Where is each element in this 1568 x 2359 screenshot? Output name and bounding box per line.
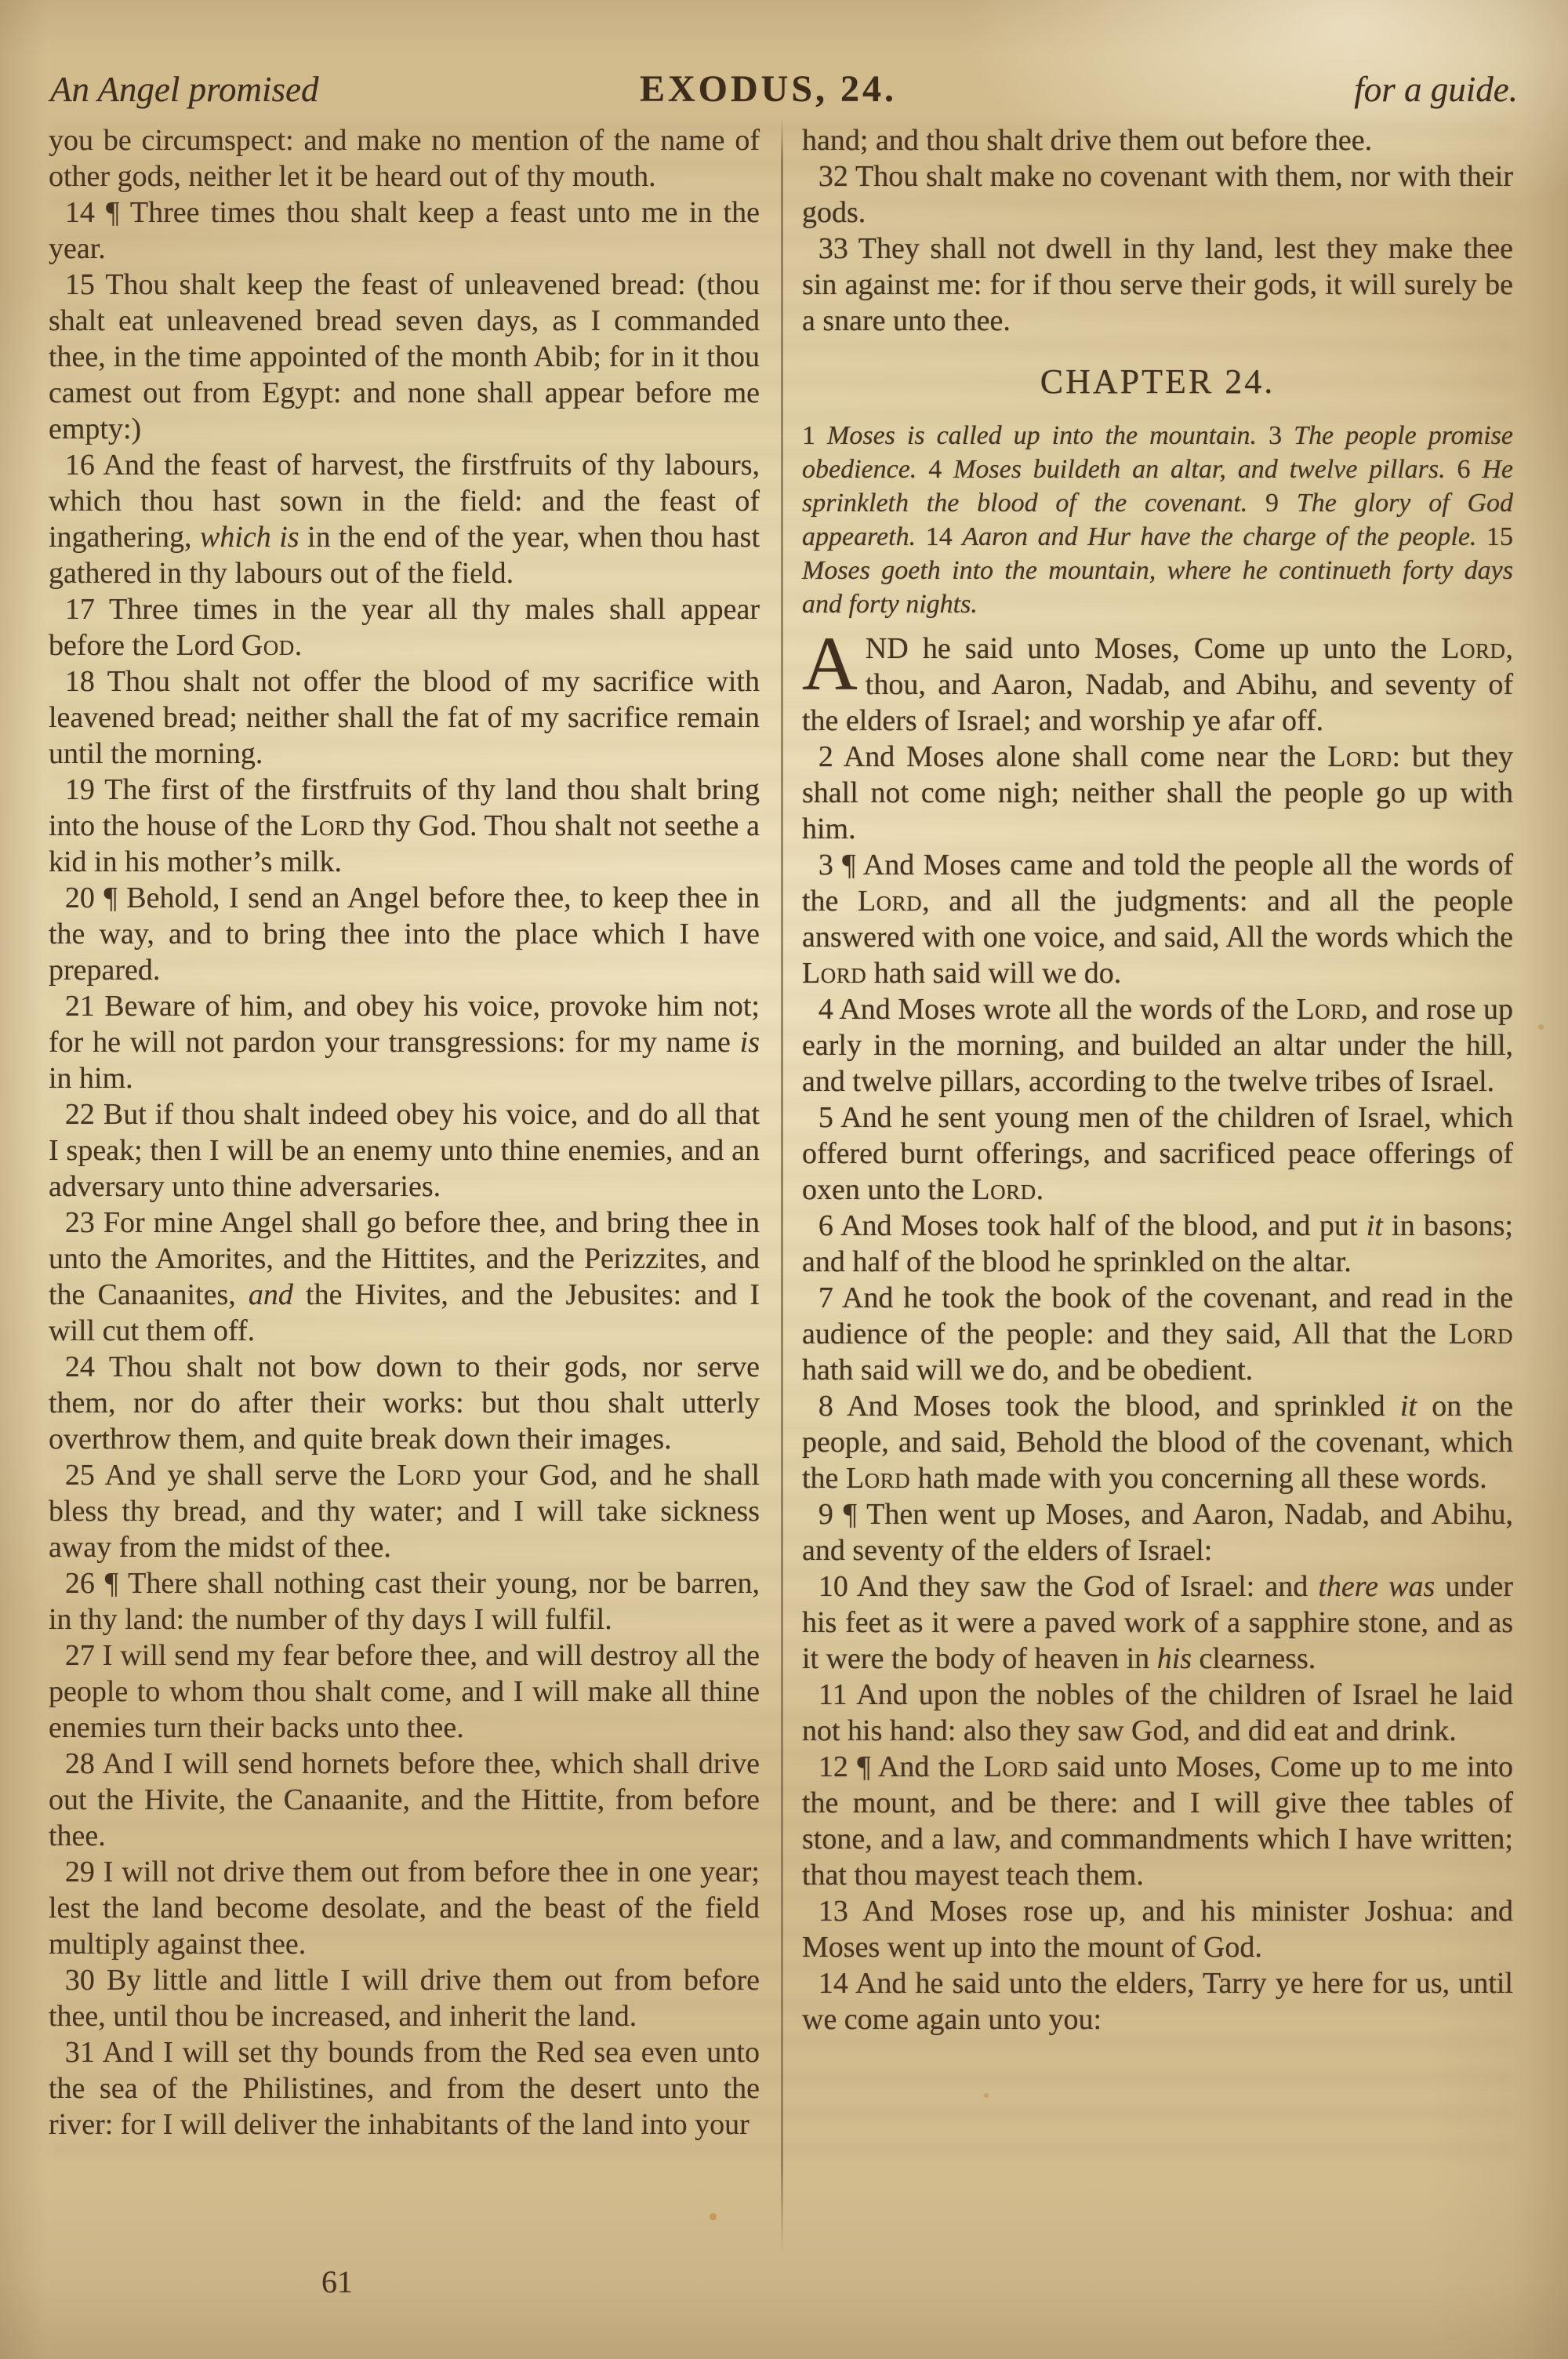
text-run: 33 They shall not dwell in thy land, les… <box>802 232 1513 337</box>
verse-paragraph: 4 And Moses wrote all the words of the L… <box>802 991 1513 1100</box>
text-run: 32 Thou shalt make no covenant with them… <box>802 160 1513 229</box>
text-run: 21 Beware of him, and obey his voice, pr… <box>49 990 760 1059</box>
verse-paragraph: 6 And Moses took half of the blood, and … <box>802 1208 1513 1280</box>
text-run: 28 And I will send hornets before thee, … <box>49 1747 760 1852</box>
text-run: 30 By little and little I will drive the… <box>49 1964 760 2033</box>
text-columns: you be circumspect: and make no mention … <box>49 122 1513 2143</box>
text-run: CHAPTER 24. <box>1040 362 1275 401</box>
verse-paragraph: 14 And he said unto the elders, Tarry ye… <box>802 1965 1513 2037</box>
chapter-heading: CHAPTER 24. <box>802 362 1513 402</box>
italic-text-run: there was <box>1318 1570 1435 1603</box>
divine-name-smallcaps: Lord <box>1327 740 1392 773</box>
italic-text-run: Moses goeth into the mountain, where he … <box>802 556 1513 619</box>
verse-paragraph: 2 And Moses alone shall come near the Lo… <box>802 739 1513 847</box>
text-run: 1 <box>802 421 827 450</box>
divine-name-smallcaps: Lord <box>846 1462 910 1495</box>
text-run: 13 And Moses rose up, and his minister J… <box>802 1895 1513 1964</box>
verse-paragraph: 11 And upon the nobles of the children o… <box>802 1677 1513 1749</box>
right-column: hand; and thou shalt drive them out befo… <box>802 122 1513 2143</box>
text-run: 22 But if thou shalt indeed obey his voi… <box>49 1098 760 1203</box>
text-run: 14 <box>926 522 963 551</box>
text-run: 9 ¶ Then went up Moses, and Aaron, Nadab… <box>802 1498 1513 1567</box>
verse-paragraph: AND he said unto Moses, Come up unto the… <box>802 631 1513 739</box>
divine-name-smallcaps: Lord <box>858 885 922 918</box>
text-run: . <box>1036 1173 1044 1206</box>
verse-paragraph: 23 For mine Angel shall go before thee, … <box>49 1205 760 1349</box>
running-head-right: for a guide. <box>1354 66 1518 113</box>
verse-paragraph: 14 ¶ Three times thou shalt keep a feast… <box>49 194 760 267</box>
text-run: 5 And he sent young men of the children … <box>802 1101 1513 1206</box>
text-run: 6 <box>1457 455 1482 484</box>
divine-name-smallcaps: God <box>241 629 295 662</box>
continuation-paragraph: you be circumspect: and make no mention … <box>49 122 760 194</box>
verse-paragraph: 8 And Moses took the blood, and sprinkle… <box>802 1388 1513 1496</box>
verse-paragraph: 16 And the feast of harvest, the firstfr… <box>49 447 760 591</box>
text-run: 31 And I will set thy bounds from the Re… <box>49 2036 760 2141</box>
text-run: ND he said unto Moses, Come up unto the <box>866 632 1442 665</box>
paper-speck <box>1538 1024 1544 1030</box>
verse-paragraph: 12 ¶ And the Lord said unto Moses, Come … <box>802 1749 1513 1893</box>
text-run: . <box>295 629 303 662</box>
text-run: 10 And they saw the God of Israel: and <box>818 1570 1318 1603</box>
text-run: 27 I will send my fear before thee, and … <box>49 1639 760 1744</box>
italic-text-run: which is <box>200 521 299 554</box>
text-run: 15 Thou shalt keep the feast of unleaven… <box>49 268 760 445</box>
verse-paragraph: 32 Thou shalt make no covenant with them… <box>802 158 1513 231</box>
verse-paragraph: 13 And Moses rose up, and his minister J… <box>802 1893 1513 1965</box>
left-column: you be circumspect: and make no mention … <box>49 122 760 2143</box>
text-run: 15 <box>1486 522 1513 551</box>
chapter-summary: 1 Moses is called up into the mountain. … <box>802 419 1513 621</box>
paper-speck <box>710 2213 717 2220</box>
italic-text-run: is <box>740 1026 760 1059</box>
text-run: 11 And upon the nobles of the children o… <box>802 1678 1513 1747</box>
verse-paragraph: 15 Thou shalt keep the feast of unleaven… <box>49 267 760 447</box>
verse-paragraph: 22 But if thou shalt indeed obey his voi… <box>49 1096 760 1205</box>
text-run: 2 And Moses alone shall come near the <box>818 740 1327 773</box>
verse-paragraph: 17 Three times in the year all thy males… <box>49 591 760 663</box>
text-run: 29 I will not drive them out from before… <box>49 1856 760 1961</box>
text-run: 20 ¶ Behold, I send an Angel before thee… <box>49 881 760 987</box>
text-run: 26 ¶ There shall nothing cast their youn… <box>49 1567 760 1636</box>
text-run: you be circumspect: and make no mention … <box>49 124 760 193</box>
verse-paragraph: 24 Thou shalt not bow down to their gods… <box>49 1349 760 1457</box>
italic-text-run: Moses is called up into the mountain. <box>827 421 1269 450</box>
divine-name-smallcaps: Lord <box>971 1173 1036 1206</box>
italic-text-run: it <box>1367 1209 1383 1242</box>
divine-name-smallcaps: Lord <box>300 809 365 842</box>
text-run: 14 And he said unto the elders, Tarry ye… <box>802 1967 1513 2036</box>
text-run: hath made with you concerning all these … <box>910 1462 1487 1495</box>
verse-paragraph: 33 They shall not dwell in thy land, les… <box>802 231 1513 339</box>
text-run: 6 And Moses took half of the blood, and … <box>818 1209 1367 1242</box>
text-run: 8 And Moses took the blood, and sprinkle… <box>818 1390 1400 1423</box>
text-run: 14 ¶ Three times thou shalt keep a feast… <box>49 196 760 265</box>
running-head: An Angel promised EXODUS, 24. for a guid… <box>50 66 1518 113</box>
italic-text-run: his <box>1157 1642 1192 1675</box>
verse-paragraph: 28 And I will send hornets before thee, … <box>49 1746 760 1854</box>
divine-name-smallcaps: Lord <box>1449 1318 1513 1350</box>
divine-name-smallcaps: Lord <box>984 1750 1048 1783</box>
divine-name-smallcaps: Lord <box>802 957 866 990</box>
italic-text-run: it <box>1400 1390 1417 1423</box>
verse-paragraph: 7 And he took the book of the covenant, … <box>802 1280 1513 1388</box>
verse-paragraph: 19 The first of the firstfruits of thy l… <box>49 772 760 880</box>
text-run: clearness. <box>1192 1642 1316 1675</box>
text-run: 4 <box>928 455 953 484</box>
text-run: 9 <box>1265 489 1297 518</box>
text-run: 24 Thou shalt not bow down to their gods… <box>49 1350 760 1456</box>
continuation-paragraph: hand; and thou shalt drive them out befo… <box>802 122 1513 158</box>
italic-text-run: and <box>249 1278 293 1311</box>
page-number: 61 <box>0 2263 674 2300</box>
text-run: hand; and thou shalt drive them out befo… <box>802 124 1372 157</box>
italic-text-run: Aaron and Hur have the charge of the peo… <box>962 522 1486 551</box>
verse-paragraph: 20 ¶ Behold, I send an Angel before thee… <box>49 880 760 988</box>
text-run: 12 ¶ And the <box>818 1750 984 1783</box>
verse-paragraph: 27 I will send my fear before thee, and … <box>49 1637 760 1746</box>
drop-cap-letter: A <box>802 631 866 694</box>
verse-paragraph: 29 I will not drive them out from before… <box>49 1854 760 1962</box>
divine-name-smallcaps: Lord <box>397 1459 461 1492</box>
verse-paragraph: 26 ¶ There shall nothing cast their youn… <box>49 1565 760 1637</box>
verse-paragraph: 3 ¶ And Moses came and told the people a… <box>802 847 1513 991</box>
running-head-title: EXODUS, 24. <box>50 66 1486 113</box>
text-run: in him. <box>49 1062 133 1095</box>
verse-paragraph: 18 Thou shalt not offer the blood of my … <box>49 663 760 772</box>
italic-text-run: Moses buildeth an altar, and twelve pill… <box>953 455 1457 484</box>
text-run: 7 And he took the book of the covenant, … <box>802 1281 1513 1350</box>
scanned-bible-page: An Angel promised EXODUS, 24. for a guid… <box>0 0 1568 2359</box>
text-run: hath said will we do. <box>866 957 1121 990</box>
verse-paragraph: 31 And I will set thy bounds from the Re… <box>49 2034 760 2143</box>
divine-name-smallcaps: Lord <box>1441 632 1505 665</box>
verse-paragraph: 5 And he sent young men of the children … <box>802 1100 1513 1208</box>
text-run: 3 <box>1269 421 1294 450</box>
text-run: 25 And ye shall serve the <box>65 1459 397 1492</box>
verse-paragraph: 21 Beware of him, and obey his voice, pr… <box>49 988 760 1096</box>
verse-paragraph: 25 And ye shall serve the Lord your God,… <box>49 1457 760 1565</box>
text-run: 18 Thou shalt not offer the blood of my … <box>49 665 760 770</box>
verse-paragraph: 9 ¶ Then went up Moses, and Aaron, Nadab… <box>802 1496 1513 1568</box>
verse-paragraph: 30 By little and little I will drive the… <box>49 1962 760 2034</box>
text-run: 4 And Moses wrote all the words of the <box>818 993 1297 1026</box>
divine-name-smallcaps: Lord <box>1296 993 1360 1026</box>
verse-paragraph: 10 And they saw the God of Israel: and t… <box>802 1568 1513 1677</box>
text-run: 17 Three times in the year all thy males… <box>49 593 760 662</box>
text-run: hath said will we do, and be obedient. <box>802 1354 1253 1387</box>
